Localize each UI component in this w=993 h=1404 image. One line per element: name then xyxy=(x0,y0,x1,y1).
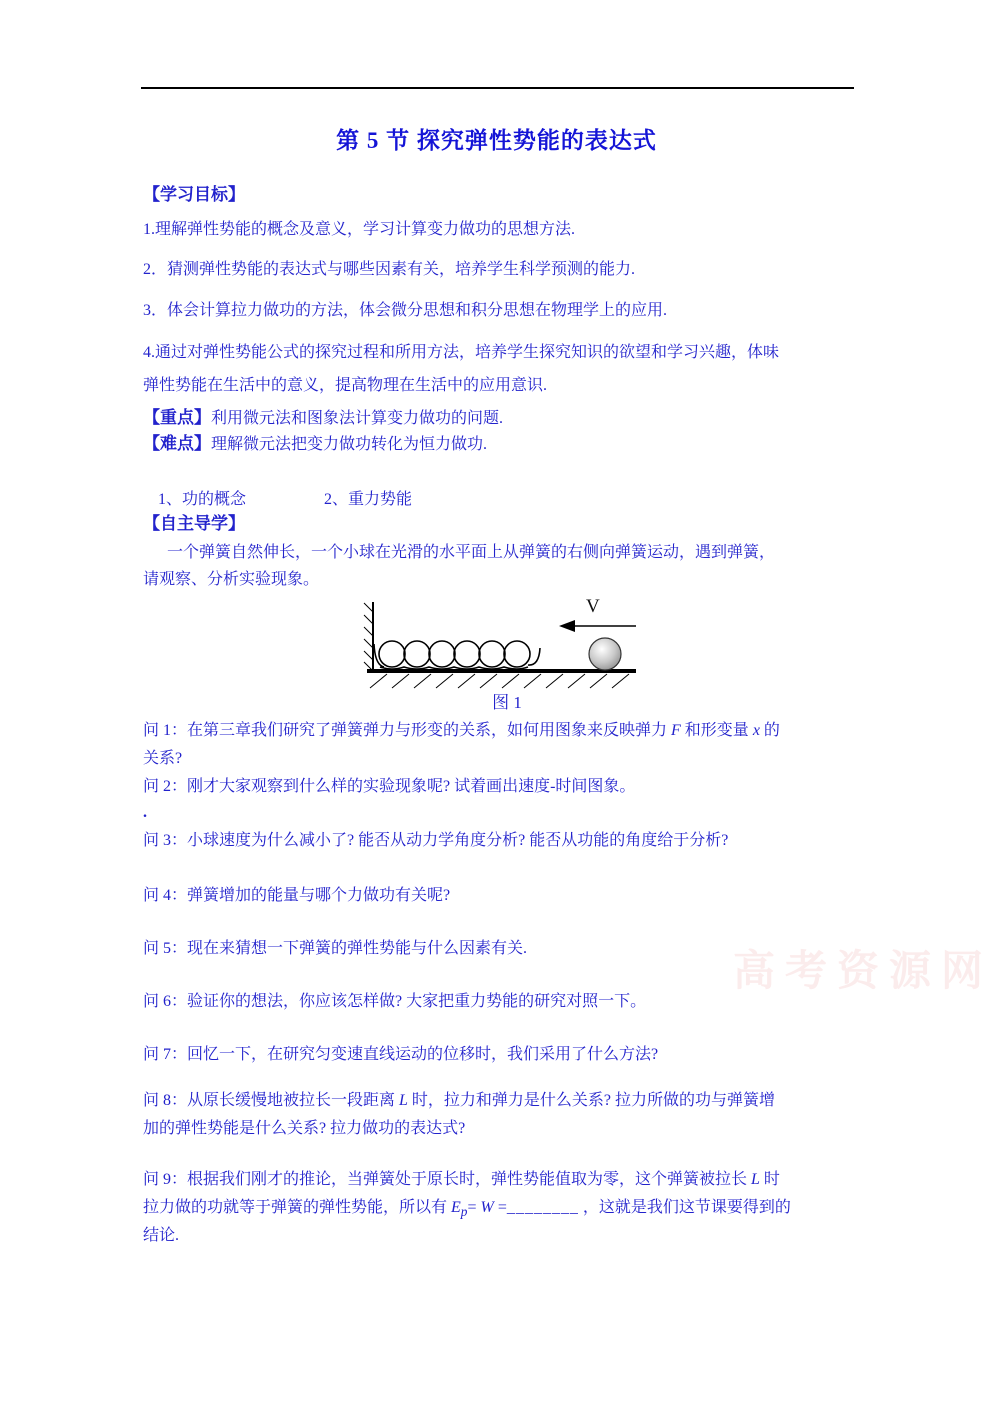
question-6: 问 6：验证你的想法，你应该怎样做? 大家把重力势能的研究对照一下。 xyxy=(143,990,873,1014)
difficult-point-label: 【难点】 xyxy=(143,434,211,453)
section-header-objectives: 【学习目标】 xyxy=(143,183,873,207)
intro-paragraph-line-2: 请观察、分析实验现象。 xyxy=(143,568,873,592)
intro-paragraph-line-1: 一个弹簧自然伸长，一个小球在光滑的水平面上从弹簧的右侧向弹簧运动，遇到弹簧， xyxy=(143,541,873,565)
variable-L: L xyxy=(399,1092,408,1109)
question-1-text-b: 和形变量 xyxy=(681,722,753,739)
question-9-text-a: 问 9：根据我们刚才的推论，当弹簧处于原长时，弹性势能值取为零，这个弹簧被拉长 xyxy=(143,1171,751,1188)
ball xyxy=(589,638,621,670)
variable-W: W xyxy=(481,1199,494,1216)
stray-period: . xyxy=(143,801,873,825)
question-7: 问 7：回忆一下，在研究匀变速直线运动的位移时，我们采用了什么方法? xyxy=(143,1043,873,1067)
key-point-label: 【重点】 xyxy=(143,408,211,427)
key-point-line: 【重点】利用微元法和图象法计算变力做功的问题. xyxy=(143,406,873,431)
objective-item-4-line-1: 4.通过对弹性势能公式的探究过程和所用方法，培养学生探究知识的欲望和学习兴趣，体… xyxy=(143,341,873,365)
equals-sign-1: = xyxy=(467,1199,480,1216)
objective-item-1: 1.理解弹性势能的概念及意义，学习计算变力做功的思想方法. xyxy=(143,218,873,242)
figure-caption: 图 1 xyxy=(367,688,647,713)
review-item-2: 2、重力势能 xyxy=(324,491,412,508)
difficult-point-text: 理解微元法把变力做功转化为恒力做功. xyxy=(211,436,487,453)
question-8-text-a: 问 8：从原长缓慢地被拉长一段距离 xyxy=(143,1092,399,1109)
ground-hatching xyxy=(370,674,629,688)
question-9-text-b: 时 xyxy=(760,1171,780,1188)
question-8-line-2: 加的弹性势能是什么关系? 拉力做功的表达式? xyxy=(143,1117,873,1141)
wall-hatching xyxy=(364,603,373,671)
velocity-label: V xyxy=(586,596,600,617)
question-1-line-1: 问 1：在第三章我们研究了弹簧弹力与形变的关系，如何用图象来反映弹力 F 和形变… xyxy=(143,719,873,743)
question-9-line-3: 结论. xyxy=(143,1224,873,1248)
variable-L-2: L xyxy=(751,1171,760,1188)
review-item-1: 1、功的概念 xyxy=(158,491,246,508)
objective-item-2: 2．猜测弹性势能的表达式与哪些因素有关，培养学生科学预测的能力. xyxy=(143,258,873,282)
key-point-text: 利用微元法和图象法计算变力做功的问题. xyxy=(211,410,503,427)
question-5: 问 5：现在来猜想一下弹簧的弹性势能与什么因素有关. xyxy=(143,937,873,961)
question-4: 问 4：弹簧增加的能量与哪个力做功有关呢? xyxy=(143,884,873,908)
document-page: 第 5 节 探究弹性势能的表达式 【学习目标】 1.理解弹性势能的概念及意义，学… xyxy=(0,0,993,1404)
question-1-text-c: 的 xyxy=(760,722,780,739)
objective-item-3: 3．体会计算拉力做功的方法，体会微分思想和积分思想在物理学上的应用. xyxy=(143,299,873,323)
variable-x: x xyxy=(753,722,760,739)
question-1-line-2: 关系? xyxy=(143,747,873,771)
answer-blank: ________ xyxy=(507,1199,579,1216)
spring-ball-figure: V xyxy=(362,592,652,690)
equals-sign-2: = xyxy=(494,1199,507,1216)
question-1-text-a: 问 1：在第三章我们研究了弹簧弹力与形变的关系，如何用图象来反映弹力 xyxy=(143,722,671,739)
variable-Ep: Ep xyxy=(451,1199,467,1216)
spring-coil xyxy=(374,641,540,669)
variable-F: F xyxy=(671,722,681,739)
header-rule xyxy=(141,87,854,89)
difficult-point-line: 【难点】理解微元法把变力做功转化为恒力做功. xyxy=(143,432,873,457)
question-9-text-c: 拉力做的功就等于弹簧的弹性势能，所以有 xyxy=(143,1199,451,1216)
review-knowledge-line: 1、功的概念2、重力势能 xyxy=(158,488,888,512)
section-header-self-study: 【自主导学】 xyxy=(143,512,873,536)
question-9-line-1: 问 9：根据我们刚才的推论，当弹簧处于原长时，弹性势能值取为零，这个弹簧被拉长 … xyxy=(143,1168,873,1192)
objective-item-4-line-2: 弹性势能在生活中的意义，提高物理在生活中的应用意识. xyxy=(143,374,873,398)
question-9-text-d: ，这就是我们这节课要得到的 xyxy=(579,1199,791,1216)
page-title: 第 5 节 探究弹性势能的表达式 xyxy=(0,122,993,155)
question-9-line-2: 拉力做的功就等于弹簧的弹性势能，所以有 Ep= W =________ ，这就是… xyxy=(143,1196,873,1224)
question-8-line-1: 问 8：从原长缓慢地被拉长一段距离 L 时，拉力和弹力是什么关系? 拉力所做的功… xyxy=(143,1089,873,1113)
question-8-text-b: 时，拉力和弹力是什么关系? 拉力所做的功与弹簧增 xyxy=(408,1092,775,1109)
velocity-arrow xyxy=(559,620,636,632)
question-2: 问 2：刚才大家观察到什么样的实验现象呢? 试着画出速度-时间图象。 xyxy=(143,775,873,799)
question-3: 问 3：小球速度为什么减小了? 能否从动力学角度分析? 能否从功能的角度给于分析… xyxy=(143,829,873,853)
